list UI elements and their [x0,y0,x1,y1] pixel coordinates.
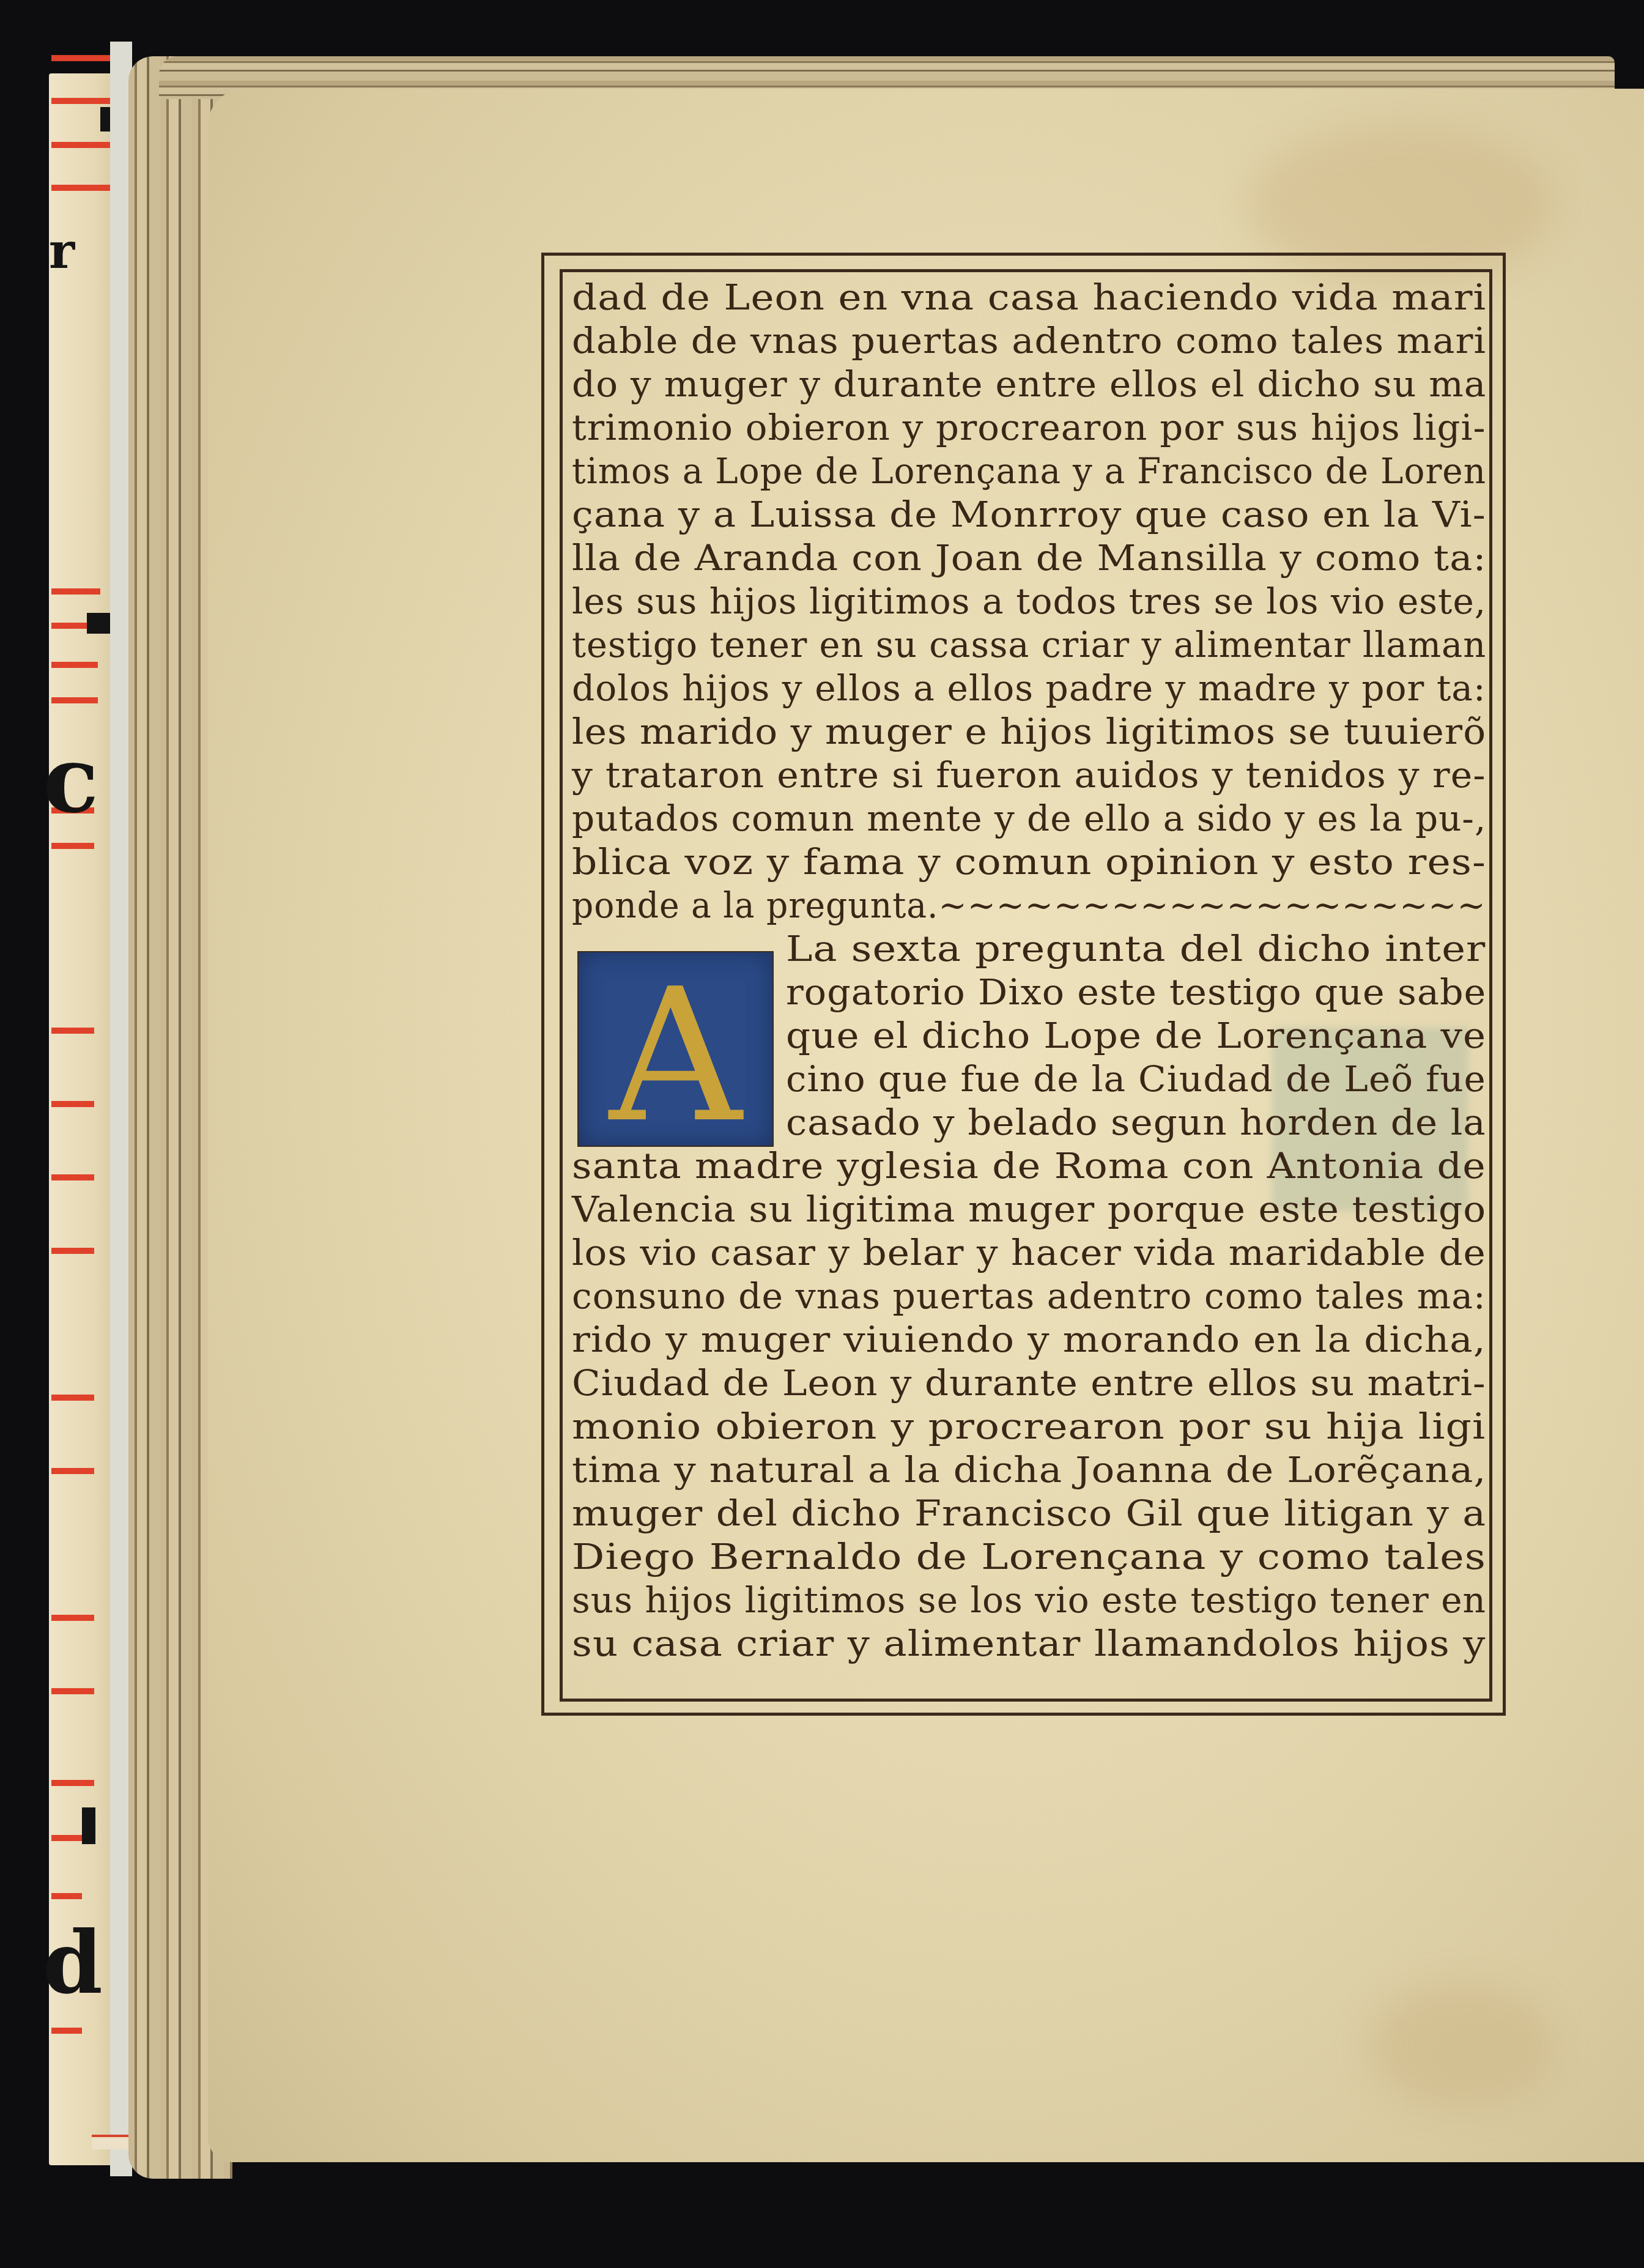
ruler-glyph: c [43,734,98,826]
text-line: sus hijos ligitimos se los vio este test… [572,1579,1486,1628]
text-line: Ciudad de Leon y durante entre ellos su … [572,1362,1486,1411]
ruler-tick [51,1835,82,1841]
text-line: los vio casar y belar y hacer vida marid… [572,1232,1486,1281]
ruler-tick [51,588,100,595]
ruler-tick [51,697,98,703]
text-line: cino que fue de la Ciudad de Leõ fue [786,1058,1486,1107]
ruler-tick [51,98,115,104]
text-line: rogatorio Dixo este testigo que sabe [786,971,1486,1020]
text-line: que el dicho Lope de Lorençana ve [786,1015,1486,1064]
text-line: santa madre yglesia de Roma con Antonia … [572,1145,1486,1194]
ruler-tick [51,1468,94,1474]
text-line: trimonio obieron y procrearon por sus hi… [572,407,1486,456]
ruler-glyph: r [49,226,75,275]
ruler-tick [51,1248,94,1254]
text-line: rido y muger viuiendo y morando en la di… [572,1319,1486,1368]
ruler-tick [51,1780,94,1786]
text-line: dolos hijos y ellos a ellos padre y madr… [572,667,1486,716]
text-line: dable de vnas puertas adentro como tales… [572,320,1486,369]
text-line: casado y belado segun horden de la [786,1102,1486,1151]
text-line: monio obieron y procrearon por su hija l… [572,1406,1486,1455]
initial-letter: A [579,965,772,1148]
ruler-tick [51,1893,82,1899]
ruler-tick [51,2028,82,2034]
text-line: çana y a Luissa de Monrroy que caso en l… [572,494,1486,543]
ruler-tick [51,1028,94,1034]
water-stain [1370,1985,1553,2107]
text-line: lla de Aranda con Joan de Mansilla y com… [572,537,1486,586]
text-line: blica voz y fama y comun opinion y esto … [572,841,1486,890]
ruler-tick [51,662,98,668]
text-line: testigo tener en su cassa criar y alimen… [572,624,1486,673]
text-line: les sus hijos ligitimos a todos tres se … [572,580,1486,629]
text-line: consuno de vnas puertas adentro como tal… [572,1275,1486,1324]
ruler-tick [51,1101,94,1107]
ruler-tick [51,185,113,191]
ruler-tick [51,142,114,148]
text-line: putados comun mente y de ello a sido y e… [572,798,1486,847]
text-line: do y muger y durante entre ellos el dich… [572,363,1486,412]
ruler-tick [51,1615,94,1621]
text-line: tima y natural a la dicha Joanna de Lorẽ… [572,1449,1486,1498]
ruler-tick [51,1174,94,1180]
text-line: su casa criar y alimentar llamandolos hi… [572,1623,1486,1672]
ruler-tick [51,843,94,849]
text-line: Valencia su ligitima muger porque este t… [572,1188,1486,1237]
text-line: Diego Bernaldo de Lorençana y como tales [572,1536,1486,1585]
ruler-block-mark [82,1807,95,1844]
text-line: timos a Lope de Lorençana y a Francisco … [572,450,1486,499]
ruler-tick [51,1395,94,1401]
illuminated-initial: A [577,951,774,1147]
text-line: y trataron entre si fueron auidos y teni… [572,754,1486,803]
ruler-tick [51,55,116,61]
binding-ruler-strip: r c d [49,73,115,2165]
ruler-tick [51,1688,94,1694]
text-line: ponde a la pregunta.~~~~~~~~~~~~~~~~~~~ [572,884,1486,933]
text-line: La sexta pregunta del dicho inter [786,928,1486,977]
ruler-glyph: d [43,1921,103,2006]
text-line: les marido y muger e hijos ligitimos se … [572,711,1486,760]
text-line: muger del dicho Francisco Gil que litiga… [572,1492,1486,1541]
text-line: dad de Leon en vna casa haciendo vida ma… [572,276,1486,325]
